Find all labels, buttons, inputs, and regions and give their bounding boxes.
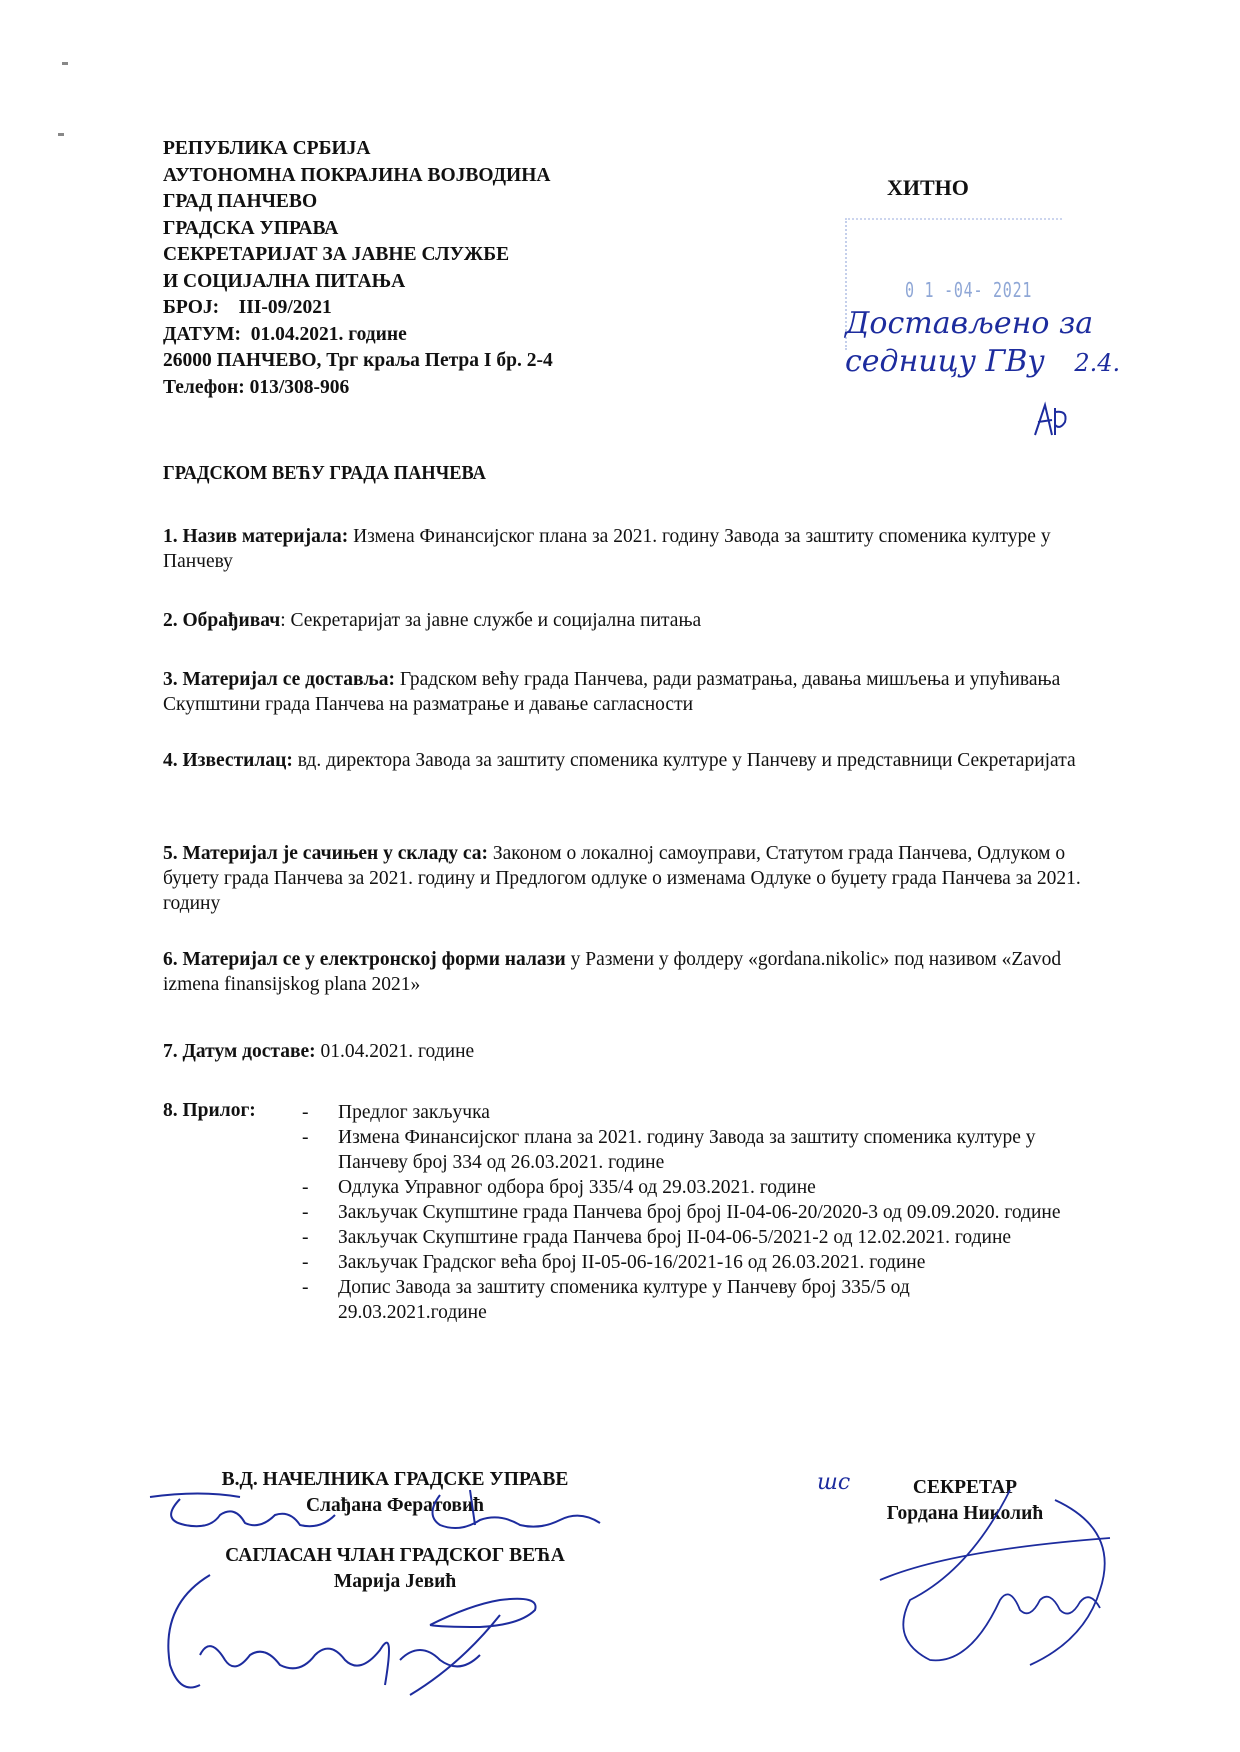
item-text: 01.04.2021. године: [316, 1041, 475, 1062]
item-reporter: 4. Известилац: вд. директора Завода за з…: [163, 748, 1083, 773]
header-line: РЕПУБЛИКА СРБИЈА: [163, 136, 553, 163]
attachment-item: Одлука Управног одбора број 335/4 од 29.…: [302, 1175, 1062, 1200]
header-line: ГРАДСКА УПРАВА: [163, 216, 553, 243]
phone: Телефон: 013/308-906: [163, 375, 553, 402]
attachment-item: Закључак Скупштине града Панчева број бр…: [302, 1200, 1062, 1225]
handwritten-note-line: Достављено за: [845, 305, 1120, 343]
item-processor: 2. Обрађивач: Секретаријат за јавне служ…: [163, 608, 1083, 633]
item-label: 6. Материјал се у електронској форми нал…: [163, 949, 566, 970]
stamp-date: 0 1 -04- 2021: [905, 278, 1032, 302]
header-line: СЕКРЕТАРИЈАТ ЗА ЈАВНЕ СЛУЖБЕ: [163, 242, 553, 269]
initials-icon: [1030, 400, 1070, 440]
handwritten-note: Достављено за седницу ГВу 2.4.: [845, 305, 1120, 382]
attachment-item: Измена Финансијског плана за 2021. годин…: [302, 1125, 1062, 1175]
item-delivery-date: 7. Датум доставе: 01.04.2021. године: [163, 1039, 1083, 1064]
document-number: БРОЈ: III-09/2021: [163, 295, 553, 322]
item-label: 2. Обрађивач: [163, 610, 280, 631]
attachment-item: Предлог закључка: [302, 1100, 1062, 1125]
initials-mark: шс: [817, 1470, 850, 1495]
attachments-list: Предлог закључка Измена Финансијског пла…: [302, 1100, 1062, 1325]
urgent-label: ХИТНО: [887, 175, 969, 201]
item-text: вд. директора Завода за заштиту споменик…: [293, 750, 1076, 771]
address: 26000 ПАНЧЕВО, Трг краља Петра I бр. 2-4: [163, 348, 553, 375]
handwritten-note-text: седницу ГВу: [845, 344, 1045, 379]
item-label: 4. Известилац:: [163, 750, 293, 771]
item-label: 3. Материјал се доставља:: [163, 669, 395, 690]
signature-nikolic-icon: [870, 1490, 1120, 1670]
attachment-item: Закључак Градског већа број II-05-06-16/…: [302, 1250, 1062, 1275]
attachments-label: 8. Прилог:: [163, 1100, 256, 1122]
document-header: РЕПУБЛИКА СРБИЈА АУТОНОМНА ПОКРАЈИНА ВОЈ…: [163, 136, 553, 401]
document-date: ДАТУМ: 01.04.2021. године: [163, 322, 553, 349]
attachment-item: Закључак Скупштине града Панчева број II…: [302, 1225, 1062, 1250]
signature-jevic-icon: [140, 1565, 560, 1705]
header-line: ГРАД ПАНЧЕВО: [163, 189, 553, 216]
item-compliance: 5. Материјал је сачињен у складу са: Зак…: [163, 841, 1083, 916]
scan-speck: [62, 62, 68, 65]
scan-speck: [58, 133, 64, 136]
item-delivered-to: 3. Материјал се доставља: Градском већу …: [163, 667, 1083, 717]
signature-feratovic-icon: [140, 1485, 610, 1545]
item-material-name: 1. Назив материјала: Измена Финансијског…: [163, 524, 1083, 574]
attachment-item: Допис Завода за заштиту споменика култур…: [302, 1275, 1062, 1325]
item-label: 1. Назив материјала:: [163, 526, 348, 547]
item-label: 7. Датум доставе:: [163, 1041, 316, 1062]
item-label: 5. Материјал је сачињен у складу са:: [163, 843, 488, 864]
handwritten-note-date: 2.4.: [1074, 349, 1120, 377]
header-line: И СОЦИЈАЛНА ПИТАЊА: [163, 269, 553, 296]
item-electronic-form: 6. Материјал се у електронској форми нал…: [163, 947, 1083, 997]
header-line: АУТОНОМНА ПОКРАЈИНА ВОЈВОДИНА: [163, 163, 553, 190]
handwritten-note-line: седницу ГВу 2.4.: [845, 343, 1120, 382]
item-text: : Секретаријат за јавне службе и социјал…: [280, 610, 701, 631]
addressee: ГРАДСКОМ ВЕЋУ ГРАДА ПАНЧЕВА: [163, 462, 486, 485]
